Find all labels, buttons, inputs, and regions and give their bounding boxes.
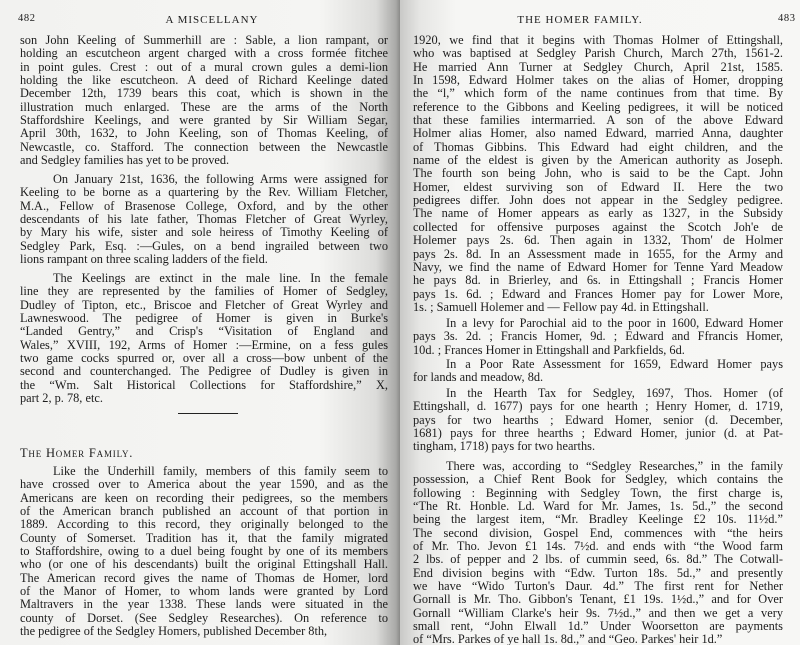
running-head: THE HOMER FAMILY. [400, 14, 800, 26]
text-line: County of Somerset. Tradition has it, th… [20, 532, 388, 545]
text-line: second and counterchanged. The Pedigree … [20, 365, 388, 378]
text-line: 10d. ; Frances Homer in Ettingshall and … [413, 344, 783, 357]
text-line: Navy, we find the name of Edward Homer f… [413, 261, 783, 274]
text-line: of the Manor of Homer, to whom lands wer… [20, 585, 388, 598]
text-line: In the Hearth Tax for Sedgley, 1697, Tho… [413, 387, 783, 400]
text-line: by Mary his wife, sister and sole heires… [20, 226, 388, 239]
left-page: 482 A MISCELLANY son John Keeling of Sum… [0, 0, 400, 645]
text-line: 1920, we find that it begins with Thomas… [413, 34, 783, 47]
text-line: Staffordshire Keelings, and were granted… [20, 114, 388, 127]
paragraph-holmer-pedigree: 1920, we find that it begins with Thomas… [413, 34, 783, 314]
text-line: have crossed over to America about the y… [20, 478, 388, 491]
text-line: 1889. According to this record, they ori… [20, 518, 388, 531]
paragraph-chief-rent-book: There was, according to “Sedgley Researc… [413, 460, 783, 645]
text-line: pedigrees differ. John does not appear i… [413, 194, 783, 207]
text-line: Like the Underhill family, members of th… [20, 465, 388, 478]
text-line: In 1598, Edward Holmer takes on the alia… [413, 74, 783, 87]
text-line: Sedgley Park, Esq. :—Gules, on a bend in… [20, 240, 388, 253]
text-line: He married Ann Turner at Sedgley Church,… [413, 61, 783, 74]
text-line: being the largest item, “Mr. Bradley Kee… [413, 513, 783, 526]
text-line: for lands and meadow, 8d. [413, 371, 783, 384]
text-line: tingham, 1718) pays for two hearths. [413, 440, 783, 453]
text-line: In a levy for Parochial aid to the poor … [413, 317, 783, 330]
text-line: pays 3s. 2d. ; Francis Homer, 9d. ; Edwa… [413, 330, 783, 343]
paragraph-levy-1600: In a levy for Parochial aid to the poor … [413, 317, 783, 357]
text-line: lions rampant on three scaling ladders o… [20, 253, 388, 266]
book-spread: 482 A MISCELLANY son John Keeling of Sum… [0, 0, 800, 645]
text-line: Holmer alias Homer, also named Edward, m… [413, 127, 783, 140]
text-line: of Thomas Gibbins. This Edward had eight… [413, 141, 783, 154]
text-line: Americans are keen on recording their pe… [20, 492, 388, 505]
text-line: illustration much enlarged. These are th… [20, 101, 388, 114]
paragraph-hearth-tax: In the Hearth Tax for Sedgley, 1697, Tho… [413, 387, 783, 454]
text-line: 1s. ; Samuell Holemer and — Fellow pay 4… [413, 301, 783, 314]
paragraph-keeling-quartering: On January 21st, 1636, the following Arm… [20, 173, 388, 266]
text-line: small rent, “John Elwall 1d.” Under Woor… [413, 620, 783, 633]
text-line: reference to the Gibbons and Keeling ped… [413, 101, 783, 114]
paragraph-keeling-arms: son John Keeling of Summerhill are : Sab… [20, 34, 388, 167]
text-line: following : Beginning with Sedgley Town,… [413, 487, 783, 500]
text-line: pays 2s. 8d. In an Assessment made in 16… [413, 248, 783, 261]
text-line: On January 21st, 1636, the following Arm… [20, 173, 388, 186]
text-line: he pays 8d. in Brierley, and 6s. in Etti… [413, 274, 783, 287]
running-head: A MISCELLANY [0, 14, 400, 26]
text-line: Newcastle, co. Stafford. The connection … [20, 141, 388, 154]
text-line: Wales,” XVIII, 192, Arms of Homer :—Ermi… [20, 339, 388, 352]
text-line: The fourth son being John, who is said t… [413, 167, 783, 180]
text-line: county of Dorset. (See Sedgley Researche… [20, 612, 388, 625]
text-line: Dudley of Tipton, etc., Briscoe and Flet… [20, 299, 388, 312]
text-line: pays 1s. 6d. ; Edward and Frances Homer … [413, 288, 783, 301]
text-line: Gornall is Mr. Tho. Gibbon's Tenant, £1 … [413, 593, 783, 606]
text-line: holding an escutcheon argent charged wit… [20, 47, 388, 60]
text-line: the “l,” which form of the name continue… [413, 87, 783, 100]
text-line: Holemer pays 2s. 6d. Then again in 1332,… [413, 234, 783, 247]
text-line: December 12th, 1739 bears this coat, whi… [20, 87, 388, 100]
text-line: to Staffordshire, owing to a duel being … [20, 545, 388, 558]
text-line: in point gules. Crest : out of a mural c… [20, 61, 388, 74]
paragraph-poor-rate-1659: In a Poor Rate Assessment for 1659, Edwa… [413, 358, 783, 385]
text-line: End division begins with “Edw. Turton 18… [413, 567, 783, 580]
text-line: April 30th, 1632, to John Keeling, son o… [20, 127, 388, 140]
text-line: 2 lbs. of pepper and 2 lbs. of cummin se… [413, 553, 783, 566]
text-line: holding the like escutcheon. A deed of R… [20, 74, 388, 87]
paragraph-keeling-extinct: The Keelings are extinct in the male lin… [20, 272, 388, 405]
text-line: Homer, eldest surviving son of Edward II… [413, 181, 783, 194]
text-line: son John Keeling of Summerhill are : Sab… [20, 34, 388, 47]
text-line: The second division, Gospel End, commenc… [413, 527, 783, 540]
text-line: Keeling to be borne as a quartering by t… [20, 186, 388, 199]
text-line: of Mr. Tho. Jevon £1 14s. 7½d. and ends … [413, 540, 783, 553]
text-line: of “Mrs. Parkes of ye hall 1s. 8d.,” and… [413, 633, 783, 645]
page-number: 483 [778, 13, 796, 24]
text-line: the “Wm. Salt Historical Collections for… [20, 379, 388, 392]
text-line: M.A., Fellow of Brasenose College, Oxfor… [20, 200, 388, 213]
text-line: the pedigree of the Sedgley Homers, publ… [20, 625, 388, 638]
text-line: Ettingshall, d. 1677) pays for one heart… [413, 400, 783, 413]
text-line: descendants of his late father, Thomas F… [20, 213, 388, 226]
text-line: “The Rt. Honble. Ld. Ward for Mr. James,… [413, 500, 783, 513]
text-line: collected for offensive purposes against… [413, 221, 783, 234]
text-line: pays for two hearths ; Edward Homer, sen… [413, 414, 783, 427]
text-line: we have “Wido Turton's Daur. 4d.” The fi… [413, 580, 783, 593]
text-line: and Sedgley families has yet to be prove… [20, 154, 388, 167]
text-line: The American record gives the name of Th… [20, 572, 388, 585]
text-line: that these families intermarried. A son … [413, 114, 783, 127]
section-heading: The Homer Family. [20, 446, 133, 461]
text-line: who (or one of his descendants) built th… [20, 558, 388, 571]
text-line: Maltravers in the year 1338. These lands… [20, 598, 388, 611]
text-line: of the American branch published an acco… [20, 505, 388, 518]
text-line: possession, a Chief Rent Book for Sedgle… [413, 473, 783, 486]
text-line: Gornall “William Clarke's heir 9s. 7½d.,… [413, 607, 783, 620]
text-line: In a Poor Rate Assessment for 1659, Edwa… [413, 358, 783, 371]
text-line: Lawneswood. The pedigree of Homer is giv… [20, 312, 388, 325]
text-line: The Keelings are extinct in the male lin… [20, 272, 388, 285]
text-line: who was baptised at Sedgley Parish Churc… [413, 47, 783, 60]
text-line: name of the eldest is given by the Ameri… [413, 154, 783, 167]
text-line: 1681) pays for three hearths ; Edward Ho… [413, 427, 783, 440]
paragraph-homer-origin: Like the Underhill family, members of th… [20, 465, 388, 638]
text-line: part 2, p. 78, etc. [20, 392, 388, 405]
text-line: “Landed Gentry,” and Crisp's “Visitation… [20, 325, 388, 338]
text-line: two game cocks spurred or, over all a cr… [20, 352, 388, 365]
text-line: The name of Homer appears as early as 13… [413, 207, 783, 220]
text-line: There was, according to “Sedgley Researc… [413, 460, 783, 473]
text-line: line they are represented by the familie… [20, 285, 388, 298]
section-divider [178, 413, 238, 414]
